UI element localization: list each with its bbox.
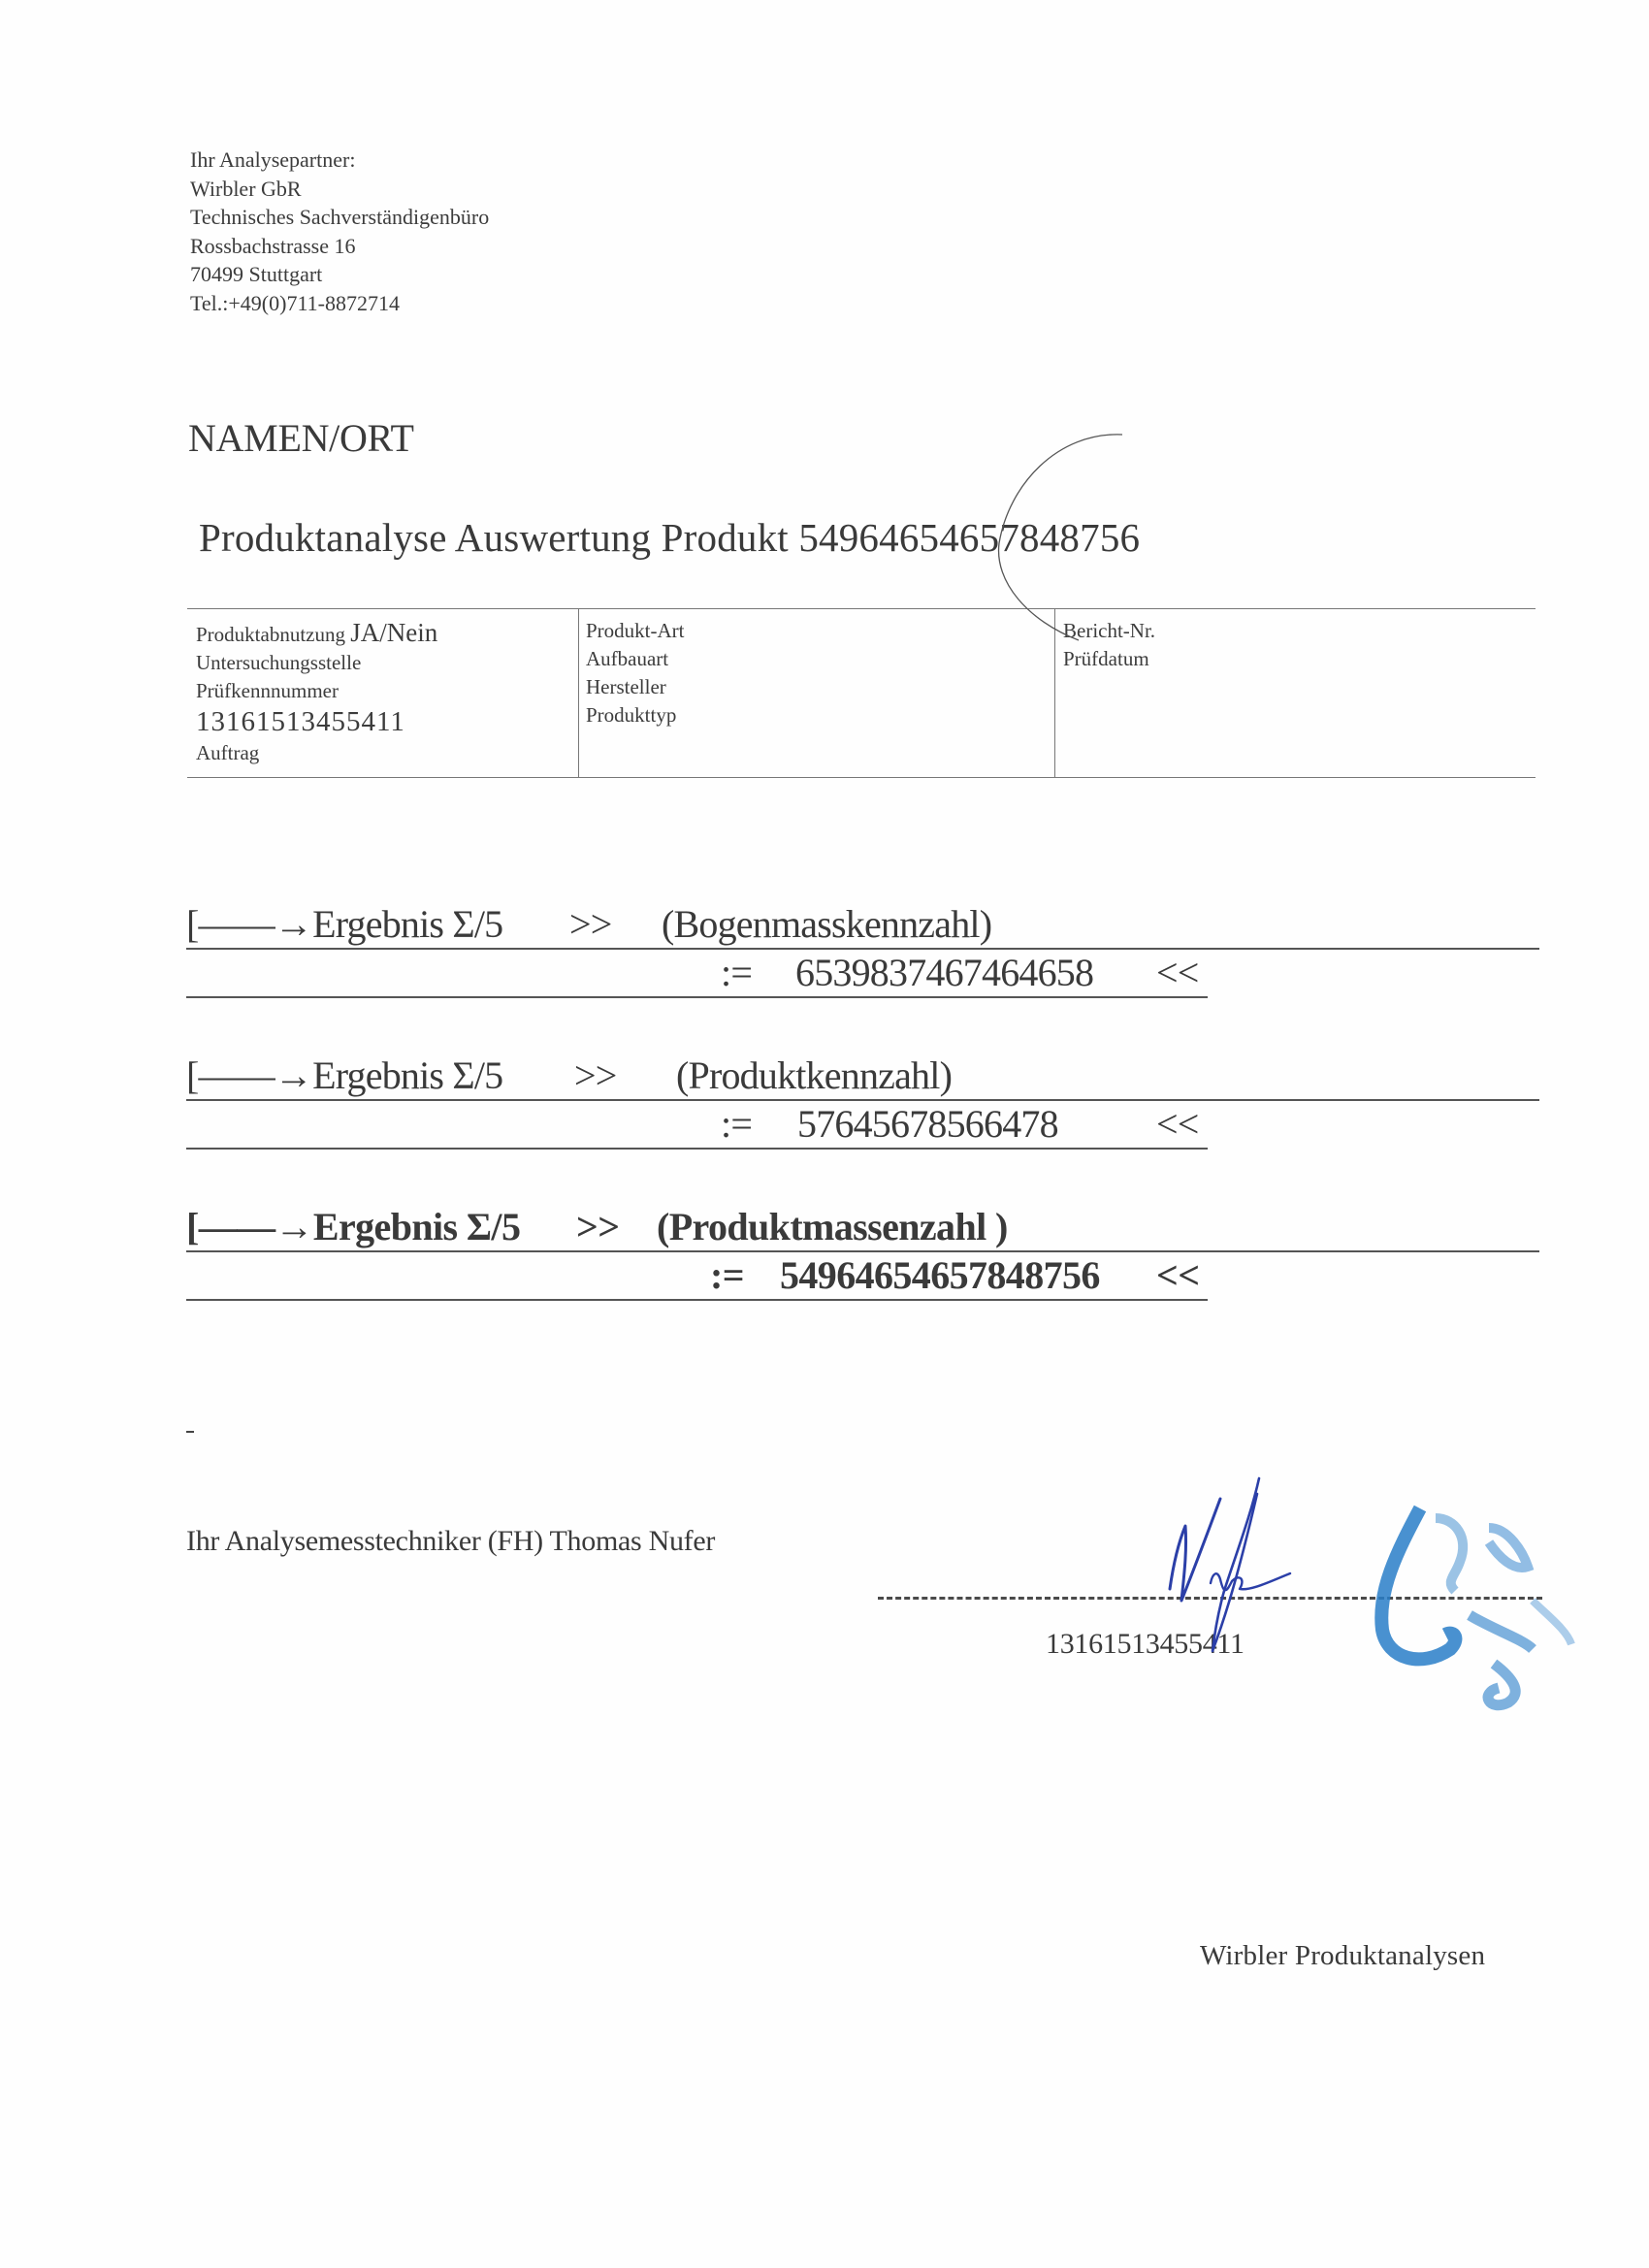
result-prefix: [——→Ergebnis Σ/5 <box>186 1204 520 1249</box>
sender-intro: Ihr Analysepartner: <box>190 146 489 175</box>
table-cell-product-details: Produkt-Art Aufbauart Hersteller Produkt… <box>586 617 685 729</box>
result-value: 57645678566478 <box>797 1101 1058 1147</box>
result-suffix: << <box>1156 950 1199 995</box>
table-divider-2 <box>1054 608 1055 778</box>
result-assign: := <box>721 1101 752 1147</box>
sender-company: Wirbler GbR <box>190 175 489 204</box>
result-assign: := <box>721 950 752 995</box>
result-suffix: << <box>1156 1101 1199 1147</box>
blue-stamp-icon <box>1381 1508 1571 1705</box>
result-arrow: >> <box>574 1053 617 1098</box>
signature-line <box>878 1597 1542 1600</box>
result-label: (Produktkennzahl) <box>676 1053 952 1098</box>
report-title: Produktanalyse Auswertung Produkt 549646… <box>199 514 1140 561</box>
sender-department: Technisches Sachverständigenbüro <box>190 203 489 232</box>
sender-address: Ihr Analysepartner: Wirbler GbR Technisc… <box>190 146 489 317</box>
result-value: 54964654657848756 <box>780 1252 1100 1298</box>
result-prefix: [——→Ergebnis Σ/5 <box>186 1053 502 1098</box>
small-dash-mark <box>186 1431 194 1433</box>
pruefkennnummer-label: Prüfkennnummer <box>196 677 437 705</box>
produktabnutzung-label: Produktabnutzung <box>196 623 350 646</box>
aufbauart-label: Aufbauart <box>586 645 685 673</box>
produktabnutzung-value: JA/Nein <box>350 618 437 647</box>
result-label: (Produktmassenzahl ) <box>657 1204 1008 1249</box>
table-divider-1 <box>578 608 579 778</box>
sender-city: 70499 Stuttgart <box>190 260 489 289</box>
result-value: 6539837467464658 <box>795 950 1093 995</box>
produkttyp-label: Produkttyp <box>586 701 685 729</box>
hersteller-label: Hersteller <box>586 673 685 701</box>
sender-street: Rossbachstrasse 16 <box>190 232 489 261</box>
result-suffix: << <box>1156 1252 1199 1298</box>
table-bottom-border <box>187 777 1536 778</box>
produkt-art-label: Produkt-Art <box>586 617 685 645</box>
result-prefix: [——→Ergebnis Σ/5 <box>186 901 502 947</box>
pruefdatum-label: Prüfdatum <box>1063 645 1155 673</box>
bericht-nr-label: Bericht-Nr. <box>1063 617 1155 645</box>
sender-phone: Tel.:+49(0)711-8872714 <box>190 289 489 318</box>
pruefkennnummer-value: 13161513455411 <box>196 705 437 739</box>
table-cell-report: Bericht-Nr. Prüfdatum <box>1063 617 1155 673</box>
signature-number: 13161513455411 <box>1046 1628 1245 1661</box>
handwritten-signature-icon <box>1170 1478 1290 1651</box>
untersuchungsstelle-label: Untersuchungsstelle <box>196 649 437 677</box>
footer-company: Wirbler Produktanalysen <box>1200 1940 1485 1972</box>
name-location-heading: NAMEN/ORT <box>188 415 414 461</box>
result-assign: := <box>710 1252 744 1298</box>
table-cell-product-usage: Produktabnutzung JA/Nein Untersuchungsst… <box>196 619 437 767</box>
table-top-border <box>187 608 1536 609</box>
technician-name: Ihr Analysemesstechniker (FH) Thomas Nuf… <box>186 1525 715 1558</box>
auftrag-label: Auftrag <box>196 739 437 767</box>
result-arrow: >> <box>569 901 612 947</box>
result-label: (Bogenmasskennzahl) <box>662 901 991 947</box>
result-arrow: >> <box>576 1204 619 1249</box>
